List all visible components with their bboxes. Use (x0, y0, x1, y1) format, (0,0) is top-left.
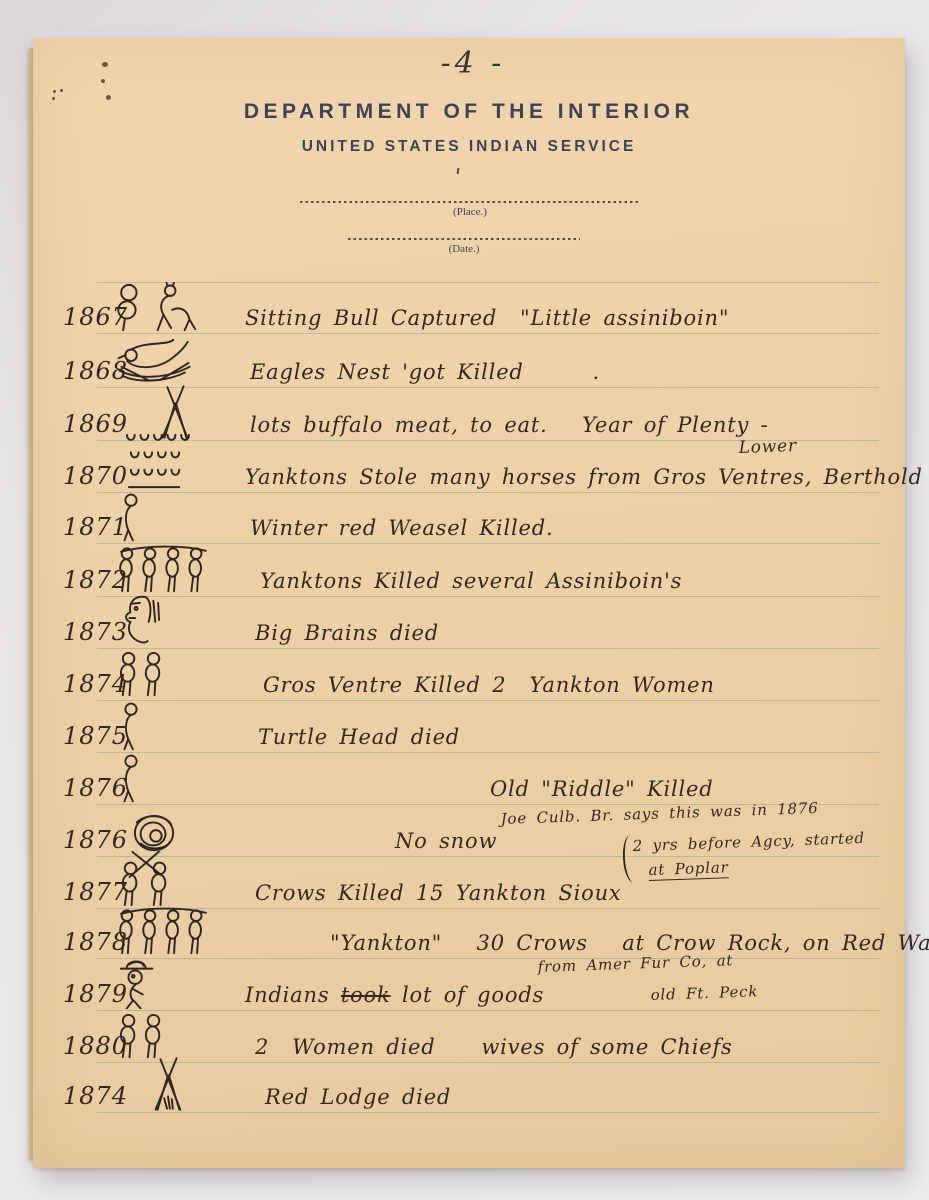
place-field-line (300, 201, 640, 203)
stray-pen-mark (457, 168, 460, 174)
document-page: -4 - DEPARTMENT OF THE INTERIOR UNITED S… (33, 38, 905, 1168)
entry-text: Yanktons Killed several Assiniboin's (260, 569, 682, 593)
entry-row: 1874Gros Ventre Killed 2 Yankton Women (33, 650, 905, 700)
entry-text-part: lot of goods (391, 983, 545, 1007)
ruled-line (97, 856, 879, 857)
entry-text: Gros Ventre Killed 2 Yankton Women (263, 673, 715, 697)
ruled-line (97, 1112, 879, 1113)
entry-row: 1877Crows Killed 15 Yankton Sioux (33, 858, 905, 908)
entry-row: 1878"Yankton" 30 Crows at Crow Rock, on … (33, 908, 905, 958)
standing-person-icon (117, 753, 145, 803)
ruled-line (97, 387, 879, 388)
entry-text: 2 Women died wives of some Chiefs (255, 1035, 733, 1059)
entry-text: No snow (395, 829, 497, 853)
entry-text: Crows Killed 15 Yankton Sioux (255, 881, 622, 905)
ruled-line (97, 700, 879, 701)
ink-speck (102, 62, 108, 67)
struck-word: took (341, 983, 391, 1007)
ink-speck (60, 89, 63, 92)
entry-row: 1875Turtle Head died (33, 702, 905, 752)
entry-row: 1876Old "Riddle" Killed (33, 754, 905, 804)
two-people-crossed-icon (117, 851, 177, 907)
entry-text: Winter red Weasel Killed. (250, 516, 553, 540)
ruled-line (97, 596, 879, 597)
entry-text-part: Indians (245, 983, 341, 1007)
entry-text: Old "Riddle" Killed (490, 777, 714, 801)
letterhead-department-title: DEPARTMENT OF THE INTERIOR (33, 100, 905, 124)
page-number: -4 - (403, 46, 543, 81)
ruled-line (97, 648, 879, 649)
four-people-icon (117, 545, 209, 595)
bird-on-nest-icon (117, 338, 195, 386)
entry-text: Indians took lot of goods (245, 983, 544, 1007)
entry-text: Sitting Bull Captured "Little assiniboin… (245, 306, 729, 330)
entry-row: 1874Red Lodge died (33, 1062, 905, 1112)
letterhead-service-title: UNITED STATES INDIAN SERVICE (33, 138, 905, 156)
entry-text: Red Lodge died (265, 1085, 451, 1109)
entry-row: 1873Big Brains died (33, 598, 905, 648)
entry-row: 1868Eagles Nest 'got Killed . (33, 337, 905, 387)
ruled-line (97, 1010, 879, 1011)
date-field-label: (Date.) (348, 243, 580, 255)
marginal-note-line: old Ft. Peck (650, 982, 758, 1004)
entry-year: 1876 (63, 826, 128, 854)
ruled-line (97, 543, 879, 544)
ruled-line (97, 752, 879, 753)
two-people-icon (117, 1013, 167, 1061)
standing-person-icon (117, 492, 145, 542)
face-profile-icon (117, 593, 161, 647)
entry-row: 1871Winter red Weasel Killed. (33, 493, 905, 543)
person-with-hat-icon (117, 955, 159, 1009)
ruled-line (97, 958, 879, 959)
tipi-marked-icon (148, 1055, 188, 1111)
entry-text: lots buffalo meat, to eat. Year of Plent… (250, 413, 768, 437)
marginal-note-line: Lower (738, 436, 797, 458)
standing-person-icon (117, 701, 145, 751)
entry-row: 1867Sitting Bull Captured "Little assini… (33, 283, 905, 333)
entry-text: Yanktons Stole many horses from Gros Ven… (245, 465, 923, 489)
ink-speck (101, 79, 105, 83)
entry-row: 1879Indians took lot of goods (33, 960, 905, 1010)
entry-text: Big Brains died (255, 621, 439, 645)
entry-text: Eagles Nest 'got Killed . (250, 360, 600, 384)
entry-year: 1874 (63, 1082, 128, 1110)
entry-text: "Yankton" 30 Crows at Crow Rock, on Red … (330, 931, 929, 955)
four-people-icon (117, 907, 209, 957)
black-circle-scribble-icon (131, 811, 177, 855)
entry-row: 1872Yanktons Killed several Assiniboin's (33, 546, 905, 596)
ink-speck (53, 90, 56, 93)
place-field-label: (Place.) (300, 206, 640, 218)
ruled-line (97, 333, 879, 334)
date-field-line (348, 238, 580, 240)
entry-text: Turtle Head died (258, 725, 460, 749)
captive-figures-icon (117, 282, 209, 332)
horse-tracks-icon (117, 431, 195, 491)
two-people-icon (117, 651, 167, 699)
